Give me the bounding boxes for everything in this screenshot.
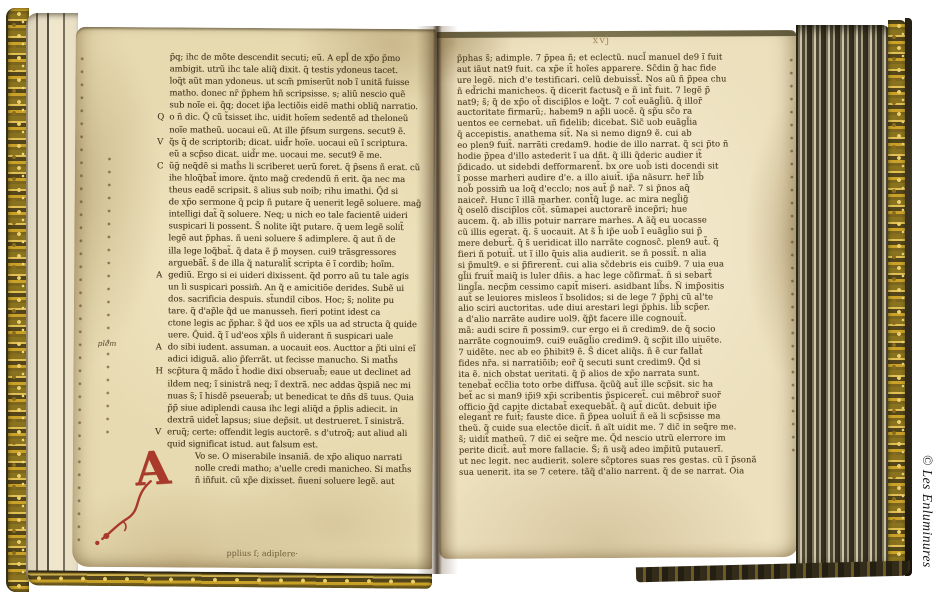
- paragraph-initial: A: [156, 342, 162, 354]
- right-page: xvj p̃phas s̃; adimple. 7 p̃pea ñ; et ec…: [437, 30, 800, 559]
- photo-credit: © Les Enluminures: [917, 455, 935, 595]
- right-page-text: p̃phas s̃; adimple. 7 p̃pea ñ; et eclect…: [457, 51, 793, 477]
- left-page: p̃q; ihc de mõte descendit secuti; eũ. A…: [72, 27, 436, 570]
- catchword: pplius ſ; adiplere·: [182, 549, 342, 559]
- fore-edge-page-stack: [796, 25, 890, 574]
- paragraph-initial: V: [157, 136, 163, 148]
- gilt-binding-bottom-edge: [28, 570, 432, 589]
- page-top-edge: [437, 30, 797, 38]
- paragraph-initial: Q: [157, 112, 164, 124]
- marginal-gloss: plem: [98, 339, 117, 348]
- pricking-holes-left-inner: [106, 157, 111, 437]
- pricking-holes-left-outer: [77, 57, 83, 547]
- folio-number: xvj: [593, 35, 610, 46]
- paragraph-initial: A: [156, 269, 162, 281]
- page-stack-left: [26, 13, 78, 585]
- manuscript-line: sua uenerit. ita se 7 cetere. tãq̃ d'ali…: [459, 465, 793, 478]
- cover-rim-right: [905, 18, 912, 576]
- initial-flourish-icon: [92, 475, 163, 565]
- manuscript-line: ñ iñfuit. cũ xp̃e dixisset. ñueni soluer…: [167, 475, 417, 489]
- paragraph-initial: C: [157, 160, 163, 172]
- paragraph-initial: H: [155, 366, 162, 378]
- cover-rim-bottom-right: [636, 561, 910, 583]
- gilt-binding-right-edge: [888, 20, 906, 574]
- left-page-text: p̃q; ihc de mõte descendit secuti; eũ. A…: [167, 51, 420, 488]
- manuscript-photo: p̃q; ihc de mõte descendit secuti; eũ. A…: [0, 0, 950, 600]
- paragraph-initial: V: [155, 426, 161, 438]
